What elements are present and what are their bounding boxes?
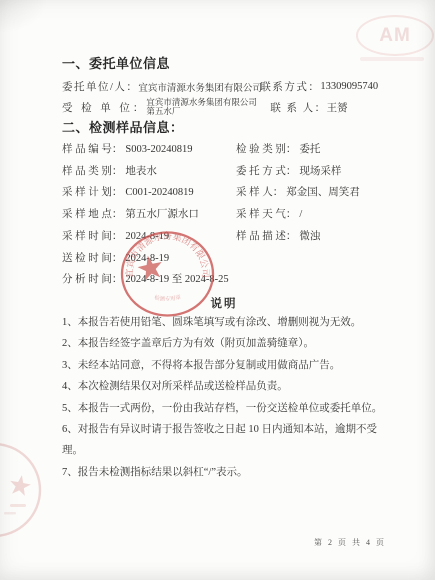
sample-info-left-column: 样 品 编 号：S003-20240819样 品 类 别：地表水采 样 计 划：… [62, 139, 229, 291]
partial-seal-star-icon [8, 473, 32, 496]
field-label: 送 检 时 间： [62, 253, 122, 264]
field-value: 第五水厂源水口 [125, 209, 199, 220]
page-footer: 第 2 页 共 4 页 [314, 537, 386, 548]
sample-info-row: 委 托 方 式：现场采样 [236, 161, 360, 183]
field-label: 采 样 时 间： [62, 231, 122, 242]
contact-person-label: 联 系 人： [270, 100, 326, 115]
scan-shading [0, 0, 48, 34]
field-label: 采 样 地 点： [62, 209, 122, 220]
field-value: 2024-8-19 至 2024-8-25 [125, 274, 228, 285]
sample-info-row: 采 样 计 划：C001-20240819 [62, 182, 229, 204]
note-item: 4、本次检测结果仅对所采样品或送检样品负责。 [62, 376, 387, 397]
sample-info-right-column: 检 验 类 别：委托委 托 方 式：现场采样采 样 人：郑金国、周笑君采 样 天… [236, 139, 360, 248]
field-label: 分 析 时 间： [62, 274, 122, 285]
sample-info-row: 采 样 人：郑金国、周笑君 [236, 182, 360, 204]
field-value: 委托 [299, 144, 320, 155]
field-value: 郑金国、周笑君 [286, 187, 360, 198]
am-watermark-subline [360, 57, 424, 61]
note-item: 3、未经本站同意，不得将本报告部分复制或用做商品广告。 [62, 355, 387, 376]
contact-method-label: 联系方式： [260, 79, 320, 94]
field-label: 样 品 描 述： [236, 231, 296, 242]
field-label: 样 品 类 别： [62, 166, 122, 177]
section2-heading: 二、检测样品信息： [62, 121, 184, 135]
note-item: 2、本报告经签字盖章后方为有效（附页加盖骑缝章）。 [62, 333, 387, 354]
inspected-unit-label: 受 检 单 位： [62, 100, 146, 115]
sample-info-row: 样 品 类 别：地表水 [62, 161, 229, 183]
note-item: 6、对报告有异议时请于报告签收之日起 10 日内通知本站，逾期不受理。 [62, 419, 387, 462]
sample-info-row: 采 样 天 气：/ [236, 204, 360, 226]
notes-heading: 说明 [62, 295, 386, 311]
inspected-unit-line2: 第五水厂 [146, 107, 268, 117]
note-item: 5、本报告一式两份，一份由我站存档，一份交送检单位或委托单位。 [62, 398, 387, 419]
field-value: 现场采样 [299, 166, 341, 177]
field-value: 微浊 [299, 231, 320, 242]
client-row: 委托单位/人： 宜宾市清源水务集团有限公司 联系方式： 13309095740 [62, 79, 392, 94]
contact-person-value: 王赟 [327, 100, 348, 115]
note-item: 7、报告未检测指标结果以斜杠“/”表示。 [62, 462, 387, 483]
field-value: 2024-8-19 [125, 253, 169, 264]
field-label: 检 验 类 别： [236, 144, 296, 155]
field-value: / [299, 209, 302, 220]
partial-seal-stamp [0, 436, 48, 544]
am-logo-watermark: AM [356, 15, 434, 56]
sample-info-row: 分 析 时 间：2024-8-19 至 2024-8-25 [62, 269, 229, 291]
report-page: AM 一、委托单位信息 委托单位/人： 宜宾市清源水务集团有限公司 联系方式： … [0, 0, 435, 580]
field-value: C001-20240819 [125, 187, 193, 198]
sample-info-row: 检 验 类 别：委托 [236, 139, 360, 161]
field-value: S003-20240819 [125, 144, 192, 155]
notes-list: 1、本报告若使用铅笔、圆珠笔填写或有涂改、增删则视为无效。2、本报告经签字盖章后… [62, 312, 387, 483]
field-label: 采 样 计 划： [62, 187, 122, 198]
field-value: 2024-8-19 [125, 231, 169, 242]
field-label: 委 托 方 式： [236, 166, 296, 177]
field-label: 采 样 人： [236, 187, 283, 198]
sample-info-row: 采 样 时 间：2024-8-19 [62, 226, 229, 248]
sample-info-row: 采 样 地 点：第五水厂源水口 [62, 204, 229, 226]
field-value: 地表水 [125, 166, 157, 177]
client-label: 委托单位/人： [62, 79, 138, 94]
field-label: 样 品 编 号： [62, 144, 122, 155]
inspected-unit-value: 宜宾市清源水务集团有限公司 第五水厂 [146, 98, 268, 117]
note-item: 1、本报告若使用铅笔、圆珠笔填写或有涂改、增删则视为无效。 [62, 312, 387, 333]
client-value: 宜宾市清源水务集团有限公司 [138, 80, 254, 94]
inspected-unit-row: 受 检 单 位： 宜宾市清源水务集团有限公司 第五水厂 联 系 人： 王赟 [62, 95, 392, 119]
am-watermark-text: AM [379, 25, 411, 47]
sample-info-row: 样 品 编 号：S003-20240819 [62, 139, 229, 161]
sample-info-row: 送 检 时 间：2024-8-19 [62, 248, 229, 270]
contact-method-value: 13309095740 [320, 81, 378, 92]
field-label: 采 样 天 气： [236, 209, 296, 220]
section1-heading: 一、委托单位信息 [62, 57, 170, 71]
sample-info-row: 样 品 描 述：微浊 [236, 226, 360, 248]
